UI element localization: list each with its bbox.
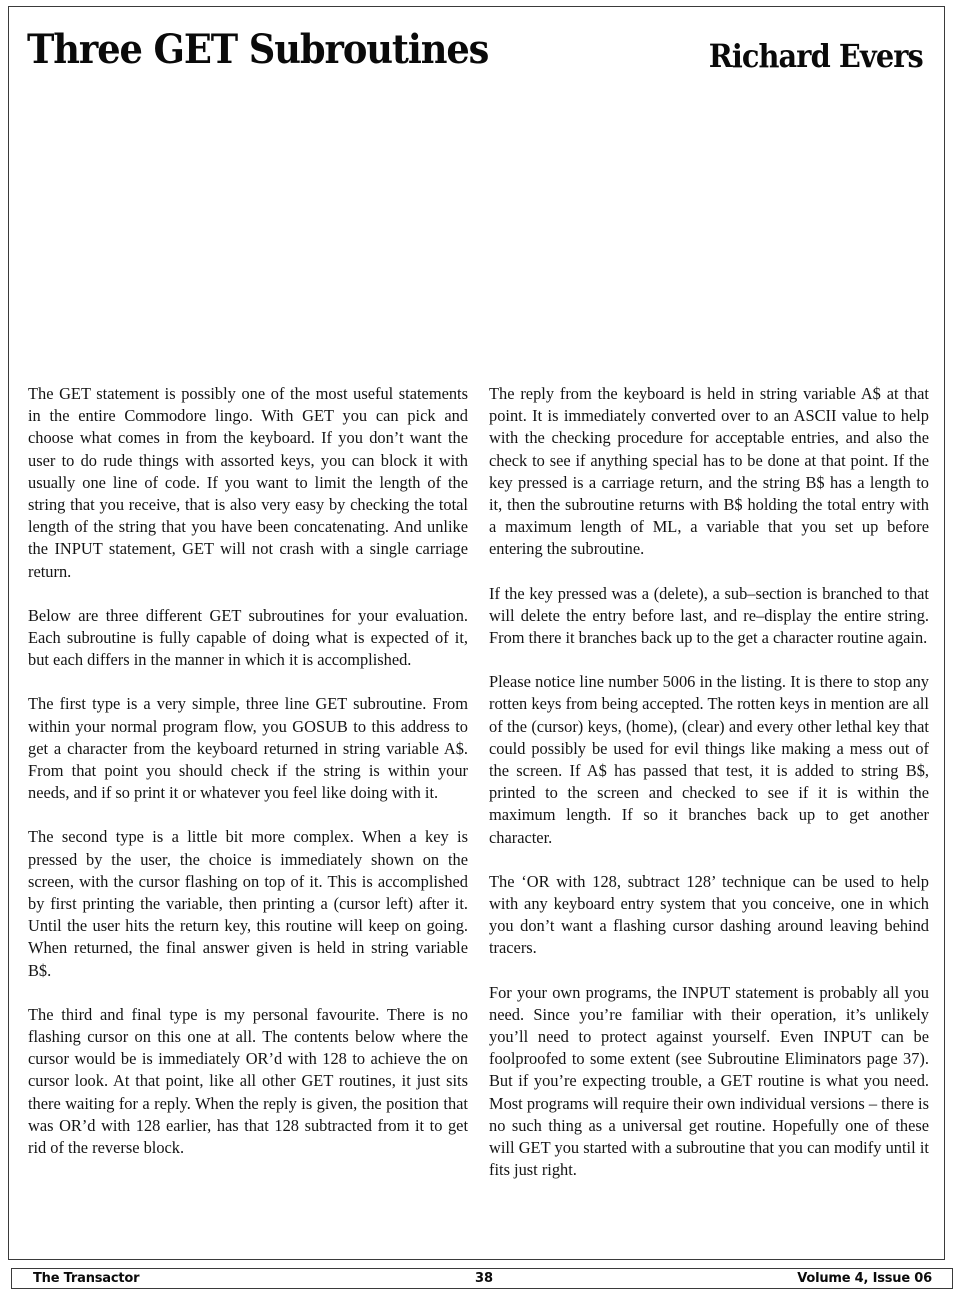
article-title: Three GET Subroutines xyxy=(27,30,488,70)
paragraph: The GET statement is possibly one of the… xyxy=(28,383,468,583)
paragraph: The second type is a little bit more com… xyxy=(28,826,468,981)
article-author: Richard Evers xyxy=(709,40,923,72)
paragraph: Please notice line number 5006 in the li… xyxy=(489,671,929,849)
page-footer: The Transactor 38 Volume 4, Issue 06 xyxy=(11,1268,953,1289)
paragraph: The ‘OR with 128, subtract 128’ techniqu… xyxy=(489,871,929,960)
issue-label: Volume 4, Issue 06 xyxy=(797,1271,932,1286)
paragraph: The first type is a very simple, three l… xyxy=(28,693,468,804)
paragraph: The reply from the keyboard is held in s… xyxy=(489,383,929,561)
left-column: The GET statement is possibly one of the… xyxy=(28,383,468,1181)
paragraph: The third and final type is my personal … xyxy=(28,1004,468,1159)
page-number: 38 xyxy=(475,1271,493,1286)
paragraph: For your own programs, the INPUT stateme… xyxy=(489,982,929,1182)
paragraph: If the key pressed was a (delete), a sub… xyxy=(489,583,929,650)
paragraph: Below are three different GET subroutine… xyxy=(28,605,468,672)
publication-name: The Transactor xyxy=(33,1271,139,1286)
right-column: The reply from the keyboard is held in s… xyxy=(489,383,929,1204)
